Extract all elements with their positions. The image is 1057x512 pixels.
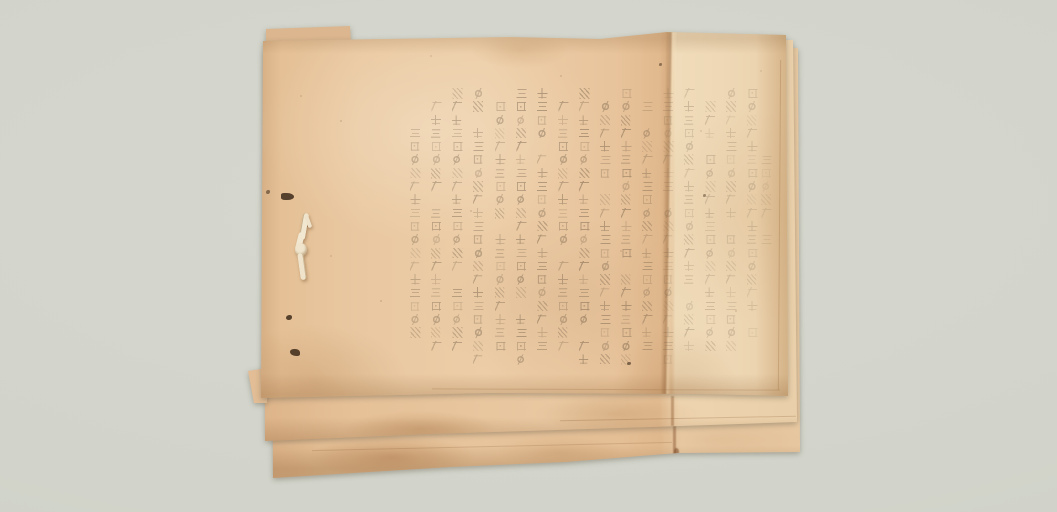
text-column xyxy=(724,88,738,354)
text-column xyxy=(514,88,528,367)
text-column xyxy=(745,88,759,341)
paper-speckles xyxy=(0,0,2,2)
photograph-scene xyxy=(0,0,1057,512)
text-column xyxy=(577,88,591,367)
text-column xyxy=(598,101,612,367)
text-column xyxy=(429,101,443,354)
text-column xyxy=(556,101,570,354)
text-column xyxy=(493,101,507,354)
text-column xyxy=(703,101,717,354)
document-stack xyxy=(0,0,1057,512)
text-columns-layer xyxy=(0,0,1057,512)
text-column xyxy=(535,88,549,354)
sheet-top xyxy=(0,0,1057,512)
text-column xyxy=(640,101,654,354)
text-column xyxy=(759,155,773,248)
text-column xyxy=(619,88,633,367)
text-column xyxy=(661,88,675,367)
text-column xyxy=(682,88,696,354)
sheet-top-wrap xyxy=(0,0,1057,512)
text-column xyxy=(450,88,464,354)
text-column xyxy=(471,88,485,367)
text-column xyxy=(408,115,422,341)
